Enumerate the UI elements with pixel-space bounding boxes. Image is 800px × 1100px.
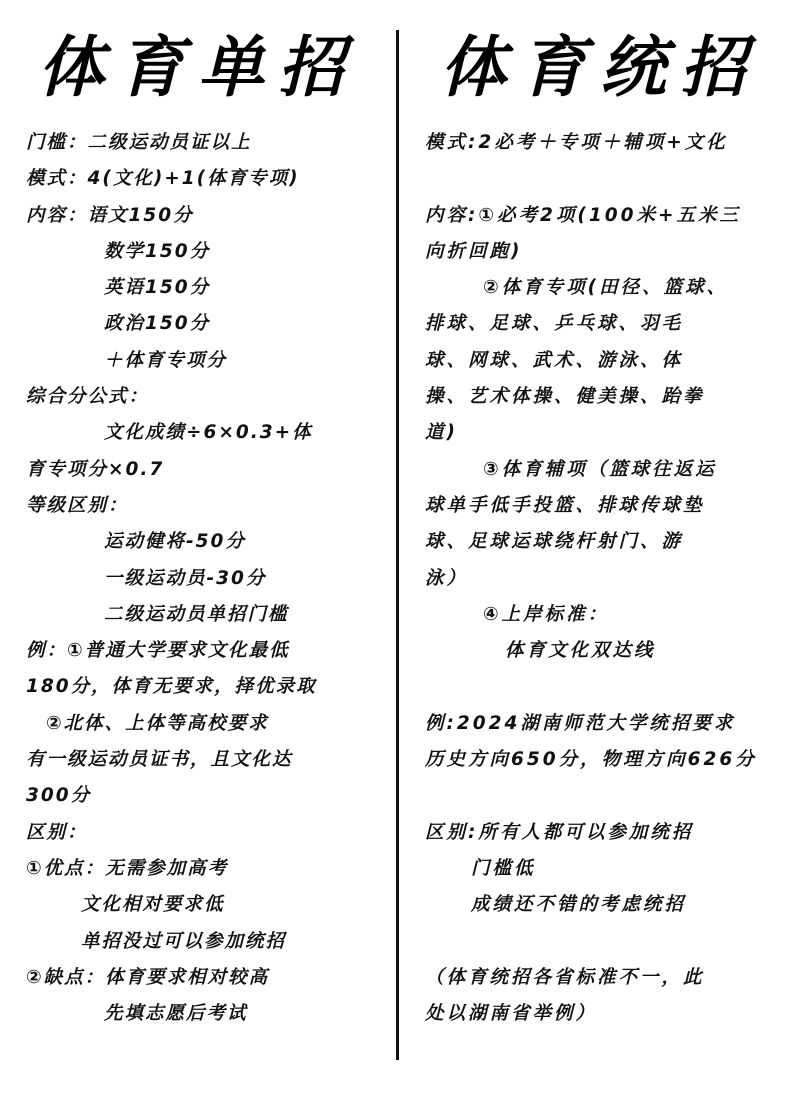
content-item: 数学150分 (26, 234, 386, 270)
right-column: 模式:2必考＋专项＋辅项+文化 内容:①必考2项(100米+五米三 向折回跑) … (425, 125, 775, 1032)
example-line: 例：①普通大学要求文化最低 (26, 633, 386, 669)
example-line: 300分 (26, 778, 386, 814)
special-line: 道) (425, 415, 775, 451)
title-unified-recruitment: 体育统招 (440, 22, 760, 112)
pros-line: 单招没过可以参加统招 (26, 924, 386, 960)
mode-line: 模式:2必考＋专项＋辅项+文化 (425, 125, 775, 161)
threshold-line: 门槛：二级运动员证以上 (26, 125, 386, 161)
formula-line: 育专项分×0.7 (26, 452, 386, 488)
aux-line: 泳） (425, 561, 775, 597)
grade-item: 运动健将-50分 (26, 524, 386, 560)
example-line: 历史方向650分，物理方向626分 (425, 742, 775, 778)
pros-line: ①优点：无需参加高考 (26, 851, 386, 887)
left-column: 门槛：二级运动员证以上 模式：4(文化)+1(体育专项) 内容：语文150分 数… (26, 125, 386, 1032)
column-divider (396, 30, 399, 1060)
formula-line: 文化成绩÷6×0.3+体 (26, 415, 386, 451)
spacer (425, 778, 775, 814)
special-line: 操、艺术体操、健美操、跆拳 (425, 379, 775, 415)
standard-label: ④上岸标准： (425, 597, 775, 633)
example-line: 180分，体育无要求，择优录取 (26, 669, 386, 705)
difference-line: 门槛低 (425, 851, 775, 887)
grade-item: 二级运动员单招门槛 (26, 597, 386, 633)
content-line: 向折回跑) (425, 234, 775, 270)
content-line: 内容:①必考2项(100米+五米三 (425, 198, 775, 234)
content-label: 内容：语文150分 (26, 198, 386, 234)
note-line: （体育统招各省标准不一，此 (425, 960, 775, 996)
difference-label: 区别： (26, 815, 386, 851)
cons-line: 先填志愿后考试 (26, 996, 386, 1032)
content-item: 英语150分 (26, 270, 386, 306)
cons-line: ②缺点：体育要求相对较高 (26, 960, 386, 996)
spacer (425, 161, 775, 197)
aux-line: ③体育辅项（篮球往返运 (425, 452, 775, 488)
special-line: ②体育专项(田径、篮球、 (425, 270, 775, 306)
special-line: 球、网球、武术、游泳、体 (425, 343, 775, 379)
note-line: 处以湖南省举例） (425, 996, 775, 1032)
example-line: ②北体、上体等高校要求 (26, 706, 386, 742)
pros-line: 文化相对要求低 (26, 887, 386, 923)
content-item: 政治150分 (26, 306, 386, 342)
special-line: 排球、足球、乒乓球、羽毛 (425, 306, 775, 342)
content-item: ＋体育专项分 (26, 343, 386, 379)
difference-line: 区别:所有人都可以参加统招 (425, 815, 775, 851)
formula-label: 综合分公式： (26, 379, 386, 415)
spacer (425, 669, 775, 705)
standard-value: 体育文化双达线 (425, 633, 775, 669)
aux-line: 球单手低手投篮、排球传球垫 (425, 488, 775, 524)
aux-line: 球、足球运球绕杆射门、游 (425, 524, 775, 560)
grade-label: 等级区别： (26, 488, 386, 524)
title-single-recruitment: 体育单招 (38, 22, 358, 112)
example-line: 例:2024湖南师范大学统招要求 (425, 706, 775, 742)
mode-line: 模式：4(文化)+1(体育专项) (26, 161, 386, 197)
difference-line: 成绩还不错的考虑统招 (425, 887, 775, 923)
example-line: 有一级运动员证书，且文化达 (26, 742, 386, 778)
spacer (425, 924, 775, 960)
grade-item: 一级运动员-30分 (26, 561, 386, 597)
